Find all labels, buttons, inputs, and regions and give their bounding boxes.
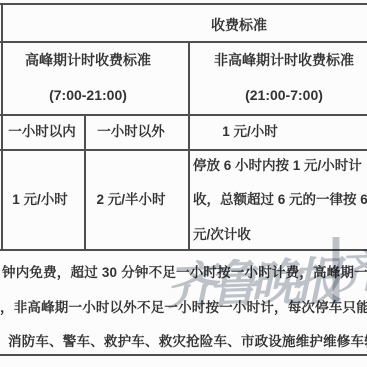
cell-offpeak-rule-line1: 停放 6 小时内按 1 元/小时计 xyxy=(193,158,362,174)
column-divider-a-b xyxy=(84,114,86,251)
table-border-top xyxy=(0,3,367,5)
fee-standards-table: 收费标准 高峰期计时收费标准 (7:00-21:00) 非高峰期计时收费标准 (… xyxy=(0,0,367,367)
cell-beyond-one-hour: 一小时以外 xyxy=(97,124,165,140)
cell-offpeak-hourly-rate: 1 元/小时 xyxy=(222,124,278,140)
column-divider-b-c xyxy=(188,41,190,251)
offpeak-header-label: 非高峰期计时收费标准 xyxy=(214,52,354,68)
offpeak-header-hours: (21:00-7:00) xyxy=(245,87,323,103)
table-border-left xyxy=(1,3,3,251)
table-title: 收费标准 xyxy=(211,17,267,33)
note-offpeak-rounding: ，非高峰期一小时以外不足一小时按一小时计，每次停车只能享 xyxy=(0,300,367,316)
note-exempt-vehicles: 消防车、警车、救护车、救灾抢险车、市政设施维护维修车辆免 xyxy=(8,334,367,350)
cell-peak-beyond-rate: 2 元/半小时 xyxy=(96,192,165,208)
table-border-under-title xyxy=(0,41,367,43)
cell-within-one-hour: 一小时以内 xyxy=(8,124,76,140)
peak-header-hours: (7:00-21:00) xyxy=(49,87,127,103)
note-free-period: 钟内免费，超过 30 分钟不足一小时按一小时计费，高峰期一小 xyxy=(2,265,367,281)
cell-offpeak-rule-line2: 收，总额超过 6 元的一律按 6 xyxy=(193,192,367,208)
cell-peak-within-rate: 1 元/小时 xyxy=(12,192,68,208)
table-border-under-rates xyxy=(0,249,367,251)
peak-header-label: 高峰期计时收费标准 xyxy=(25,52,151,68)
table-border-bottom xyxy=(0,354,367,356)
cell-offpeak-rule-line3: 元/次计收 xyxy=(193,227,251,243)
table-border-under-duration xyxy=(0,149,367,151)
table-border-under-headers xyxy=(0,114,367,116)
